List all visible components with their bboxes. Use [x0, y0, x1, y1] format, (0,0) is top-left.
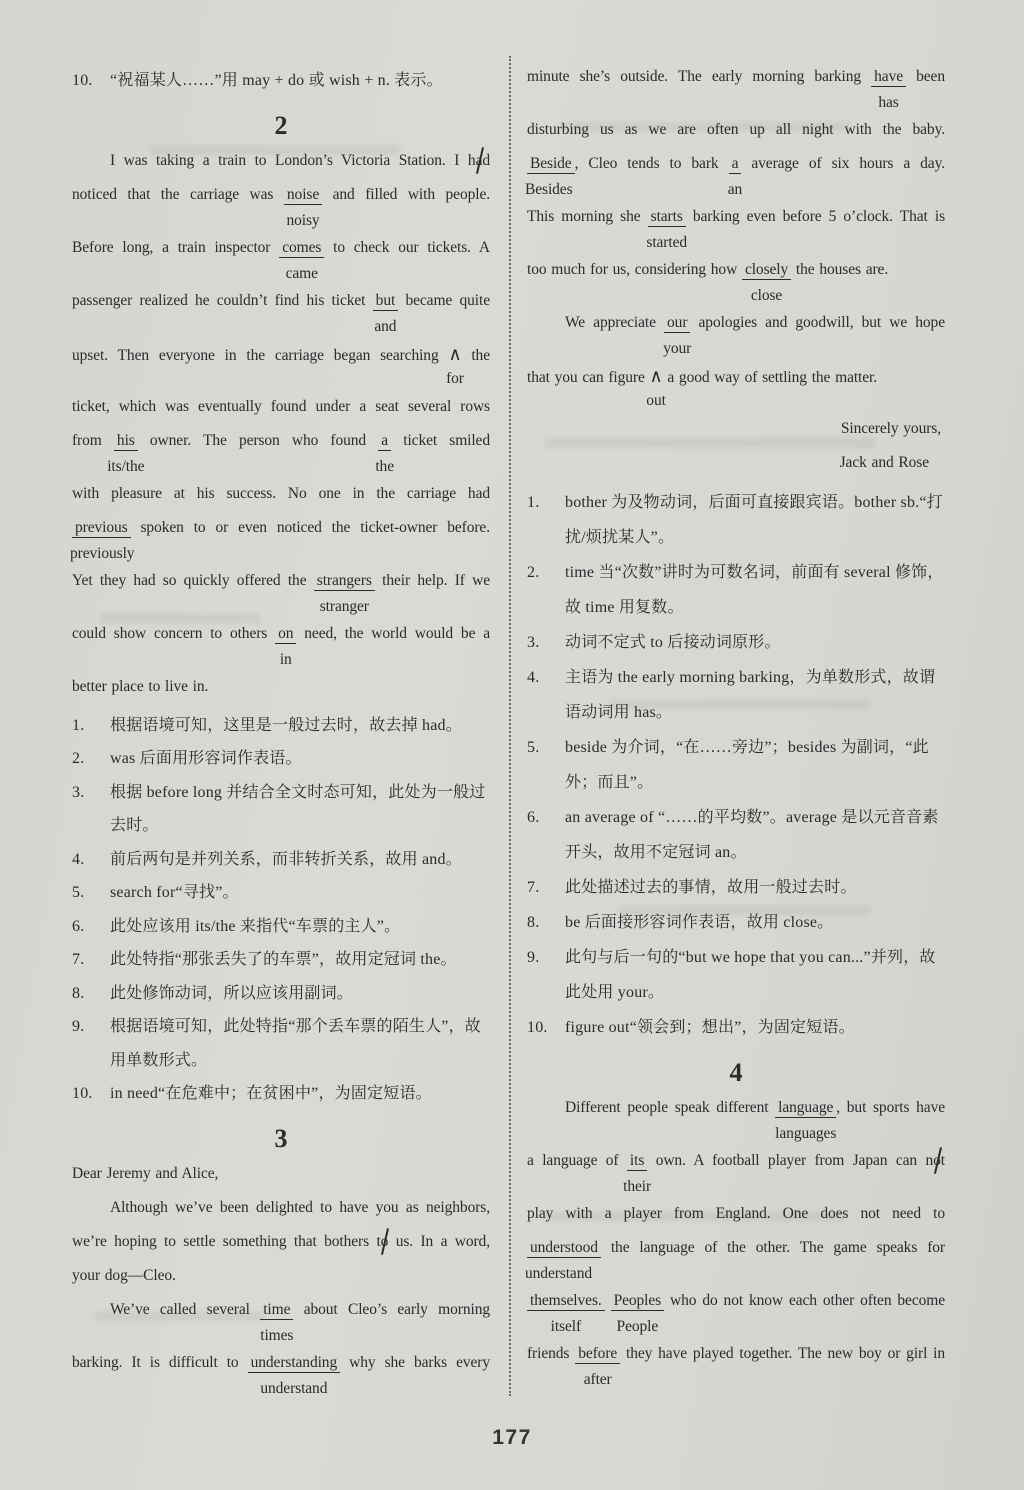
passage-line: themselves.itself PeoplesPeople who do n… — [527, 1289, 945, 1342]
answer-item: 5.beside 为介词，“在……旁边”；besides 为副词，“此外；而且”… — [527, 730, 945, 800]
text-run: to check our tickets. A — [324, 239, 490, 256]
correction-text: its/the — [107, 455, 144, 479]
text-run: the language of the other. The game spea… — [601, 1239, 945, 1256]
answer-text: an average of “……的平均数”。average 是以元音音素开头，… — [565, 809, 939, 861]
answer-number: 2. — [527, 555, 539, 590]
answer-item: 1.根据语境可知，这里是一般过去时，故去掉 had。 — [72, 709, 490, 743]
text-run: friends — [527, 1345, 575, 1362]
answer-text: 此处应该用 its/the 来指代“车票的主人”。 — [110, 918, 400, 935]
correction-text: their — [623, 1175, 651, 1199]
correction-text: came — [286, 262, 318, 286]
correction-text: has — [878, 91, 898, 115]
answer-item: 9.此句与后一句的“but we hope that you can...”并列… — [527, 940, 945, 1010]
text-run: why she barks every — [340, 1354, 490, 1371]
answer-number: 5. — [72, 876, 84, 910]
text-run: we’re hoping to settle something that bo… — [72, 1233, 381, 1250]
passage-line: with pleasure at his success. No one in … — [72, 482, 490, 516]
caret-mark: ∧for — [448, 344, 461, 364]
answer-number: 9. — [527, 940, 539, 975]
correction-text: started — [646, 231, 687, 255]
text-run: play with a player from England. One doe… — [527, 1205, 945, 1222]
answer-item: 8.此处修饰动词，所以应该用副词。 — [72, 977, 490, 1011]
deleted-letter: o — [933, 1152, 941, 1169]
passage-line: Dear Jeremy and Alice, — [72, 1162, 490, 1196]
passage-line: noticed that the carriage was noisenoisy… — [72, 183, 490, 236]
text-run: upset. Then everyone in the carriage beg… — [72, 347, 448, 364]
passage-line: barking. It is difficult to understandin… — [72, 1351, 490, 1404]
answer-text: search for“寻找”。 — [110, 884, 239, 901]
underlined-word: athe — [378, 432, 391, 451]
text-run: about Cleo’s early morning — [293, 1301, 490, 1318]
passage-line: previouspreviously spoken to or even not… — [72, 516, 490, 569]
passage-line: could show concern to others onin need, … — [72, 622, 490, 675]
right-column: minute she’s outside. The early morning … — [527, 60, 945, 1395]
text-run: the houses are. — [791, 261, 888, 278]
text-run: minute she’s outside. The early morning … — [527, 68, 871, 85]
answer-text: 此处修饰动词，所以应该用副词。 — [110, 985, 353, 1002]
underlined-word: havehas — [871, 68, 906, 87]
text-run: Jack and Rose — [840, 454, 929, 471]
underlined-word: strangersstranger — [314, 572, 375, 591]
underlined-word: startsstarted — [648, 208, 686, 227]
underlined-word: onin — [275, 625, 296, 644]
answer-item: 9.根据语境可知，此处特指“那个丢车票的陌生人”，故用单数形式。 — [72, 1010, 490, 1077]
text-run: , but sports have — [836, 1099, 945, 1116]
passage-line: better place to live in. — [72, 675, 490, 709]
passage-line: from hisits/the owner. The person who fo… — [72, 429, 490, 482]
text-run: barking. It is difficult to — [72, 1354, 248, 1371]
text-run: became quite — [398, 292, 490, 309]
underlined-word: ouryour — [664, 314, 690, 333]
answer-number: 8. — [72, 977, 84, 1011]
answer-number: 6. — [72, 910, 84, 944]
underlined-word: aan — [729, 155, 742, 174]
correction-text: after — [584, 1368, 612, 1392]
text-run: need, the world would be a — [296, 625, 490, 642]
text-run: with pleasure at his success. No one in … — [72, 485, 490, 502]
answer-item: 10.in need“在危难中；在贫困中”，为固定短语。 — [72, 1077, 490, 1111]
text-run: Dear Jeremy and Alice, — [72, 1165, 218, 1182]
passage-line: Although we’ve been delighted to have yo… — [72, 1196, 490, 1230]
answer-number: 2. — [72, 742, 84, 776]
underlined-word: previouspreviously — [72, 519, 131, 538]
underlined-word: closelyclose — [742, 261, 791, 280]
text-run: and filled with people. — [322, 186, 490, 203]
text-run: ticket, which was eventually found under… — [72, 398, 490, 415]
correction-text: and — [374, 315, 396, 339]
answer-item: 7.此处描述过去的事情，故用一般过去时。 — [527, 870, 945, 905]
text-run: Sincerely yours, — [841, 420, 941, 437]
text-run: Although we’ve been delighted to have yo… — [110, 1199, 490, 1216]
text-run: owner. The person who found — [138, 432, 379, 449]
text-run: This morning she — [527, 208, 648, 225]
text-run: Yet they had so quickly offered the — [72, 572, 314, 589]
left-column: 10.“祝福某人……”用 may + do 或 wish + n. 表示。2I … — [72, 60, 490, 1404]
answer-text: 此句与后一句的“but we hope that you can...”并列，故… — [565, 949, 936, 1001]
text-run: We’ve called several — [110, 1301, 260, 1318]
text-run: too much for us, considering how — [527, 261, 742, 278]
answer-number: 4. — [72, 843, 84, 877]
text-run: own. A football player from Japan can n — [647, 1152, 933, 1169]
passage-line: ticket, which was eventually found under… — [72, 395, 490, 429]
correction-text: your — [663, 337, 691, 361]
page-number: 177 — [0, 1426, 1024, 1450]
correction-text: an — [728, 178, 742, 202]
text-run: a good way of settling the matter. — [663, 369, 877, 386]
answer-number: 5. — [527, 730, 539, 765]
underlined-word: noisenoisy — [284, 186, 322, 205]
answer-item: 1.bother 为及物动词，后面可直接跟宾语。bother sb.“打扰/烦扰… — [527, 485, 945, 555]
text-run: been — [906, 68, 945, 85]
answer-number: 3. — [72, 776, 84, 810]
answer-text: 此处特指“那张丢失了的车票”，故用定冠词 the。 — [110, 951, 457, 968]
deleted-letter: o — [381, 1233, 389, 1250]
underlined-word: hisits/the — [114, 432, 138, 451]
passage-line: we’re hoping to settle something that bo… — [72, 1230, 490, 1264]
text-run: from — [72, 432, 114, 449]
text-run: I was taking a train to London’s Victori… — [110, 152, 476, 169]
underlined-word: PeoplesPeople — [611, 1292, 665, 1311]
answer-text: time 当“次数”讲时为可数名词，前面有 several 修饰，故 time … — [565, 564, 944, 616]
answer-text: 动词不定式 to 后接动词原形。 — [565, 634, 781, 651]
correction-text: itself — [551, 1315, 581, 1339]
text-run — [605, 1292, 611, 1309]
answer-text: beside 为介词，“在……旁边”；besides 为副词，“此外；而且”。 — [565, 739, 929, 791]
section-heading: 2 — [72, 103, 490, 149]
passage-line: Different people speak different languag… — [527, 1096, 945, 1149]
answer-item: 3.动词不定式 to 后接动词原形。 — [527, 625, 945, 660]
column-divider — [509, 56, 511, 1396]
text-run: that you can figure — [527, 369, 650, 386]
passage-line: understoodunderstand the language of the… — [527, 1236, 945, 1289]
text-run: apologies and goodwill, but we hope — [690, 314, 945, 331]
underlined-word: comescame — [279, 239, 324, 258]
correction-text: the — [375, 455, 394, 479]
passage-line: This morning she startsstarted barking e… — [527, 205, 945, 258]
answer-text: “祝福某人……”用 may + do 或 wish + n. 表示。 — [110, 72, 443, 89]
text-run: Before long, a train inspector — [72, 239, 279, 256]
text-run: the — [462, 347, 490, 364]
correction-text: understand — [525, 1262, 592, 1286]
answer-number: 1. — [527, 485, 539, 520]
passage-line: upset. Then everyone in the carriage beg… — [72, 342, 490, 395]
passage-line: disturbing us as we are often up all nig… — [527, 118, 945, 152]
text-run: who do not know each other often become — [664, 1292, 945, 1309]
underlined-word: timetimes — [260, 1301, 293, 1320]
text-run: spoken to or even noticed the ticket-own… — [131, 519, 490, 536]
text-run: t — [941, 1152, 945, 1169]
answer-text: bother 为及物动词，后面可直接跟宾语。bother sb.“打扰/烦扰某人… — [565, 494, 943, 546]
text-run: they have played together. The new boy o… — [620, 1345, 945, 1362]
deleted-letter: a — [476, 152, 483, 169]
section-heading: 4 — [527, 1050, 945, 1096]
text-run: their help. If we — [375, 572, 490, 589]
answer-item: 10.“祝福某人……”用 may + do 或 wish + n. 表示。 — [72, 64, 490, 98]
answer-text: 主语为 the early morning barking，为单数形式，故谓语动… — [565, 669, 935, 721]
correction-text: stranger — [320, 595, 369, 619]
answer-item: 5.search for“寻找”。 — [72, 876, 490, 910]
answer-text: 此处描述过去的事情，故用一般过去时。 — [565, 879, 857, 896]
passage-line: Before long, a train inspector comescame… — [72, 236, 490, 289]
answer-item: 3.根据 before long 并结合全文时态可知，此处为一般过去时。 — [72, 776, 490, 843]
correction-text: previously — [70, 542, 134, 566]
correction-text: Besides — [525, 178, 573, 202]
passage-line: minute she’s outside. The early morning … — [527, 65, 945, 118]
correction-text: noisy — [286, 209, 319, 233]
underlined-word: understandingunderstand — [248, 1354, 341, 1373]
caret-mark: ∧out — [650, 366, 663, 386]
text-run: noticed that the carriage was — [72, 186, 284, 203]
answer-text: figure out“领会到；想出”，为固定短语。 — [565, 1019, 855, 1036]
correction-text: close — [751, 284, 782, 308]
text-run: , Cleo tends to bark — [575, 155, 729, 172]
answer-number: 10. — [527, 1010, 548, 1045]
answer-item: 4.前后两句是并列关系，而非转折关系，故用 and。 — [72, 843, 490, 877]
passage-line: Jack and Rose — [527, 451, 945, 485]
answer-text: 根据语境可知，这里是一般过去时，故去掉 had。 — [110, 717, 462, 734]
underlined-word: BesideBesides — [527, 155, 575, 174]
answer-item: 2.was 后面用形容词作表语。 — [72, 742, 490, 776]
underlined-word: understoodunderstand — [527, 1239, 601, 1258]
text-run: your dog—Cleo. — [72, 1267, 176, 1284]
underlined-word: themselves.itself — [527, 1292, 605, 1311]
passage-line: friends beforeafter they have played tog… — [527, 1342, 945, 1395]
answer-item: 6.an average of “……的平均数”。average 是以元音音素开… — [527, 800, 945, 870]
text-run: better place to live in. — [72, 678, 208, 695]
answer-number: 1. — [72, 709, 84, 743]
answer-text: be 后面接形容词作表语，故用 close。 — [565, 914, 833, 931]
passage-line: I was taking a train to London’s Victori… — [72, 149, 490, 183]
text-run: average of six hours a day. — [741, 155, 945, 172]
correction-text: times — [260, 1324, 293, 1348]
answer-number: 7. — [72, 943, 84, 977]
passage-line: BesideBesides, Cleo tends to bark aan av… — [527, 152, 945, 205]
passage-line: that you can figure ∧out a good way of s… — [527, 364, 945, 417]
correction-text: languages — [775, 1122, 836, 1146]
text-run: a language of — [527, 1152, 627, 1169]
underlined-word: itstheir — [627, 1152, 647, 1171]
answer-number: 9. — [72, 1010, 84, 1044]
answer-number: 4. — [527, 660, 539, 695]
text-run: We appreciate — [565, 314, 664, 331]
underlined-word: languagelanguages — [775, 1099, 836, 1118]
answer-item: 7.此处特指“那张丢失了的车票”，故用定冠词 the。 — [72, 943, 490, 977]
answer-text: 前后两句是并列关系，而非转折关系，故用 and。 — [110, 851, 462, 868]
text-run: d — [482, 152, 490, 169]
text-run: could show concern to others — [72, 625, 275, 642]
answer-text: in need“在危难中；在贫困中”，为固定短语。 — [110, 1085, 432, 1102]
text-run: us. In a word, — [388, 1233, 490, 1250]
text-run: Different people speak different — [565, 1099, 775, 1116]
underlined-word: beforeafter — [575, 1345, 620, 1364]
text-run: disturbing us as we are often up all nig… — [527, 121, 945, 138]
answer-text: was 后面用形容词作表语。 — [110, 750, 302, 767]
correction-text: out — [646, 389, 666, 413]
answer-item: 2.time 当“次数”讲时为可数名词，前面有 several 修饰，故 tim… — [527, 555, 945, 625]
answer-text: 根据语境可知，此处特指“那个丢车票的陌生人”，故用单数形式。 — [110, 1018, 481, 1069]
text-run: barking even before 5 o’clock. That is — [686, 208, 945, 225]
correction-text: in — [280, 648, 292, 672]
passage-line: Yet they had so quickly offered the stra… — [72, 569, 490, 622]
passage-line: a language of itstheir own. A football p… — [527, 1149, 945, 1202]
correction-text: for — [446, 367, 464, 391]
passage-line: passenger realized he couldn’t find his … — [72, 289, 490, 342]
answer-number: 10. — [72, 64, 93, 98]
answer-number: 8. — [527, 905, 539, 940]
passage-line: play with a player from England. One doe… — [527, 1202, 945, 1236]
answer-item: 4.主语为 the early morning barking，为单数形式，故谓… — [527, 660, 945, 730]
passage-line: We appreciate ouryour apologies and good… — [527, 311, 945, 364]
answer-number: 6. — [527, 800, 539, 835]
passage-line: We’ve called several timetimes about Cle… — [72, 1298, 490, 1351]
passage-line: your dog—Cleo. — [72, 1264, 490, 1298]
text-run: ticket smiled — [391, 432, 490, 449]
answer-item: 10.figure out“领会到；想出”，为固定短语。 — [527, 1010, 945, 1045]
answer-item: 6.此处应该用 its/the 来指代“车票的主人”。 — [72, 910, 490, 944]
answer-number: 10. — [72, 1077, 93, 1111]
answer-number: 3. — [527, 625, 539, 660]
correction-text: understand — [260, 1377, 327, 1401]
underlined-word: butand — [373, 292, 399, 311]
section-heading: 3 — [72, 1116, 490, 1162]
answer-text: 根据 before long 并结合全文时态可知，此处为一般过去时。 — [110, 784, 486, 835]
answer-item: 8.be 后面接形容词作表语，故用 close。 — [527, 905, 945, 940]
passage-line: too much for us, considering how closely… — [527, 258, 945, 311]
passage-line: Sincerely yours, — [527, 417, 945, 451]
correction-text: People — [617, 1315, 659, 1339]
answer-number: 7. — [527, 870, 539, 905]
text-run: passenger realized he couldn’t find his … — [72, 292, 373, 309]
